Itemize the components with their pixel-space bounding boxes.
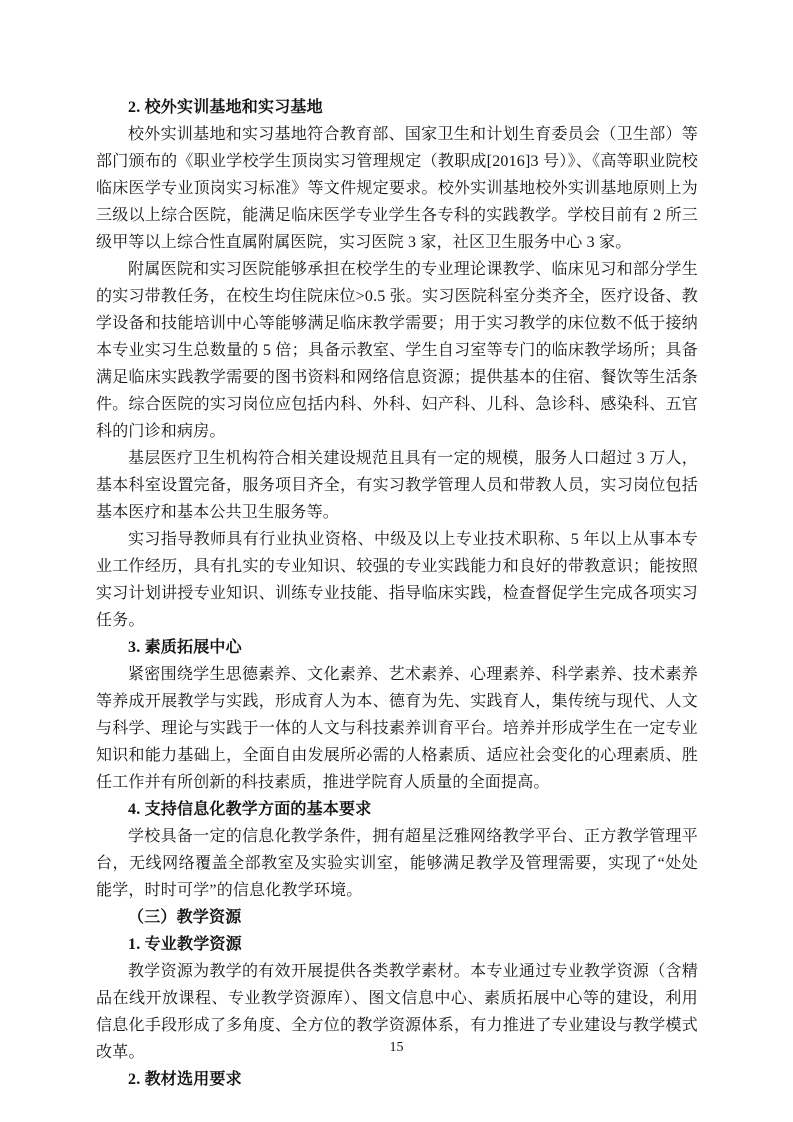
heading-professional-teaching-resources: 1. 专业教学资源 (96, 931, 698, 958)
heading-informatization-requirements: 4. 支持信息化教学方面的基本要求 (96, 796, 698, 823)
paragraph-informatization: 学校具备一定的信息化教学条件，拥有超星泛雅网络教学平台、正方教学管理平台，无线网… (96, 823, 698, 904)
page-number: 15 (0, 1038, 793, 1058)
document-body: 2. 校外实训基地和实习基地 校外实训基地和实习基地符合教育部、国家卫生和计划生… (96, 94, 698, 1093)
heading-quality-development-center: 3. 素质拓展中心 (96, 634, 698, 661)
paragraph-base-requirements: 校外实训基地和实习基地符合教育部、国家卫生和计划生育委员会（卫生部）等部门颁布的… (96, 121, 698, 256)
heading-offcampus-training-bases: 2. 校外实训基地和实习基地 (96, 94, 698, 121)
paragraph-primary-care-institutions: 基层医疗卫生机构符合相关建设规范且具有一定的规模，服务人口超过 3 万人，基本科… (96, 445, 698, 526)
heading-textbook-selection: 2. 教材选用要求 (96, 1066, 698, 1093)
paragraph-internship-instructors: 实习指导教师具有行业执业资格、中级及以上专业技术职称、5 年以上从事本专业工作经… (96, 526, 698, 634)
paragraph-quality-development: 紧密围绕学生思德素养、文化素养、艺术素养、心理素养、科学素养、技术素养等养成开展… (96, 661, 698, 796)
document-page: 2. 校外实训基地和实习基地 校外实训基地和实习基地符合教育部、国家卫生和计划生… (0, 0, 793, 1122)
paragraph-affiliated-hospitals: 附属医院和实习医院能够承担在校学生的专业理论课教学、临床见习和部分学生的实习带教… (96, 256, 698, 445)
heading-section-teaching-resources: （三）教学资源 (96, 904, 698, 931)
